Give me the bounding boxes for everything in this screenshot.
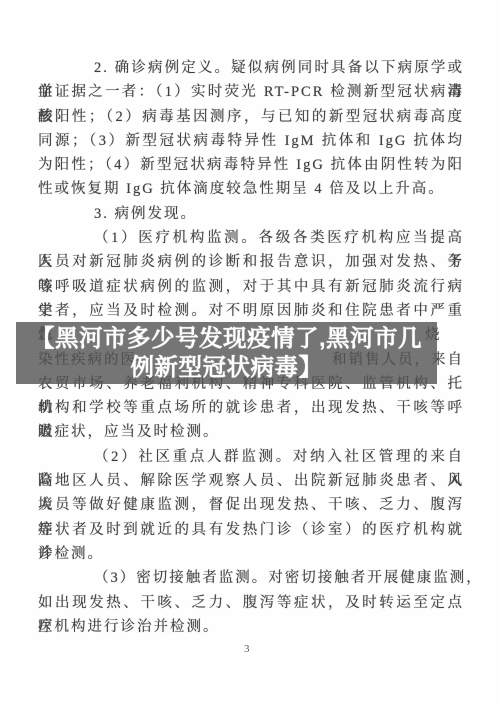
doc-line: 险地区人员、解除医学观察人员、出院新冠肺炎患者、入境: [38, 469, 464, 493]
doc-line: 机构和学校等重点场所的就诊患者，出现发热、干咳等呼吸: [38, 396, 464, 420]
doc-line: 酸阳性；（2）病毒基因测序，与已知的新型冠状病毒高度: [38, 105, 464, 129]
doc-line: 3. 病例发现。: [38, 202, 464, 226]
doc-line: 为阳性；（4）新型冠状病毒特异性 IgG 抗体由阴性转为阳: [38, 153, 464, 177]
document-page: 2. 确诊病例定义。疑似病例同时具备以下病原学或血清 学证据之一者：（1）实时荧…: [0, 0, 500, 706]
doc-line: 等呼吸道症状病例的监测，对于其中具有新冠肺炎流行病学: [38, 275, 464, 299]
doc-line: （2）社区重点人群监测。对纳入社区管理的来自高风: [38, 445, 464, 469]
headline-line-2: 例新型冠状病毒】: [16, 353, 437, 382]
doc-line: （3）密切接触者监测。对密切接触者开展健康监测，: [38, 566, 464, 590]
doc-line: 疗机构进行诊治并检测。: [38, 615, 464, 639]
page-number: 3: [244, 643, 250, 655]
doc-line: 同源；（3）新型冠状病毒特异性 IgM 抗体和 IgG 抗体均: [38, 129, 464, 153]
doc-line: （1）医疗机构监测。各级各类医疗机构应当提高医务: [38, 226, 464, 250]
doc-line: 学证据之一者：（1）实时荧光 RT-PCR 检测新型冠状病毒核: [38, 80, 464, 104]
doc-line: 道症状，应当及时检测。: [38, 420, 464, 444]
doc-line: 症状者及时到就近的具有发热门诊（诊室）的医疗机构就诊: [38, 518, 464, 542]
doc-line: 如出现发热、干咳、乏力、腹泻等症状，及时转运至定点医: [38, 591, 464, 615]
doc-line: 人员对新冠肺炎病例的诊断和报告意识，加强对发热、干咳: [38, 250, 464, 274]
doc-line: 并检测。: [38, 542, 464, 566]
doc-line: 史者，应当及时检测。对不明原因肺炎和住院患者中严重急: [38, 299, 464, 323]
headline-overlay: 【黑河市多少号发现疫情了,黑河市几 例新型冠状病毒】: [16, 322, 437, 384]
doc-line: 性或恢复期 IgG 抗体滴度较急性期呈 4 倍及以上升高。: [38, 177, 464, 201]
doc-line: 2. 确诊病例定义。疑似病例同时具备以下病原学或血清: [38, 56, 464, 80]
doc-line: 人员等做好健康监测，督促出现发热、干咳、乏力、腹泻等: [38, 493, 464, 517]
headline-line-1: 【黑河市多少号发现疫情了,黑河市几: [16, 324, 437, 353]
